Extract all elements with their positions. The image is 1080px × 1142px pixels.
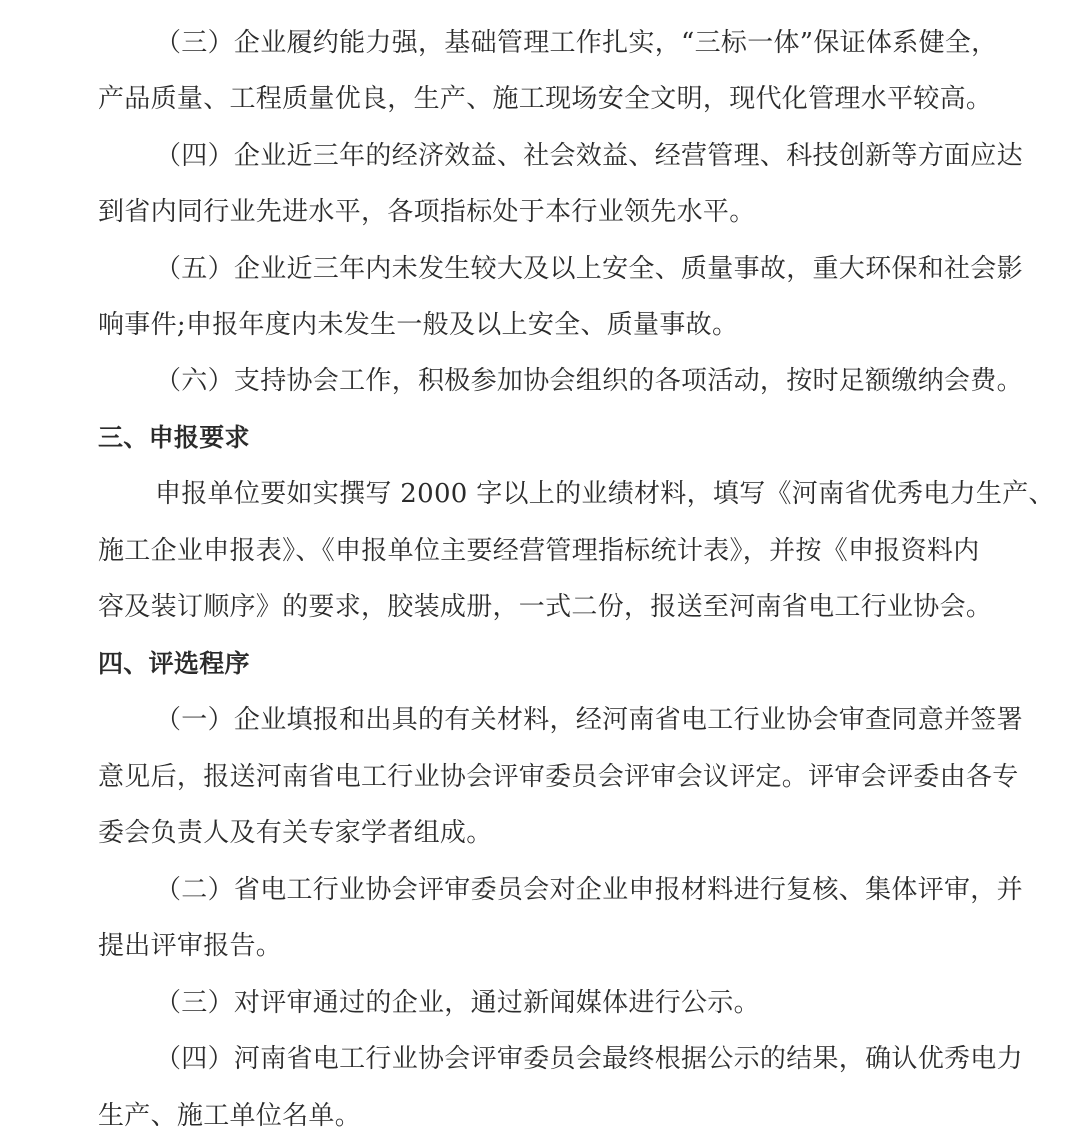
text-line: （三）对评审通过的企业，通过新闻媒体进行公示。 <box>155 983 1045 1023</box>
section-heading-selection-procedure: 四、评选程序 <box>98 644 988 684</box>
text-line: 提出评审报告。 <box>98 926 988 966</box>
text-line: 生产、施工单位名单。 <box>98 1096 988 1136</box>
text-line: （二）省电工行业协会评审委员会对企业申报材料进行复核、集体评审，并 <box>155 870 1045 910</box>
text-line: （四）河南省电工行业协会评审委员会最终根据公示的结果，确认优秀电力 <box>155 1039 1045 1079</box>
text-line: 意见后，报送河南省电工行业协会评审委员会评审会议评定。评审会评委由各专 <box>98 757 988 797</box>
text-line: 容及装订顺序》的要求，胶装成册，一式二份，报送至河南省电工行业协会。 <box>98 587 988 627</box>
text-line: （六）支持协会工作，积极参加协会组织的各项活动，按时足额缴纳会费。 <box>155 361 1045 401</box>
text-line: 施工企业申报表》、《申报单位主要经营管理指标统计表》，并按《申报资料内 <box>98 531 988 571</box>
text-line: （五）企业近三年内未发生较大及以上安全、质量事故，重大环保和社会影 <box>155 249 1045 289</box>
text-line: （三）企业履约能力强，基础管理工作扎实，“三标一体”保证体系健全， <box>155 23 1045 63</box>
document-page: （三）企业履约能力强，基础管理工作扎实，“三标一体”保证体系健全， 产品质量、工… <box>0 0 1080 1142</box>
text-line: 响事件;申报年度内未发生一般及以上安全、质量事故。 <box>98 305 988 345</box>
text-line: 到省内同行业先进水平，各项指标处于本行业领先水平。 <box>98 192 988 232</box>
text-line: 申报单位要如实撰写 2000 字以上的业绩材料，填写《河南省优秀电力生产、 <box>155 474 1045 514</box>
text-line: 产品质量、工程质量优良，生产、施工现场安全文明，现代化管理水平较高。 <box>98 79 988 119</box>
text-line: 委会负责人及有关专家学者组成。 <box>98 813 988 853</box>
text-line: （一）企业填报和出具的有关材料，经河南省电工行业协会审查同意并签署 <box>155 700 1045 740</box>
section-heading-application-requirements: 三、申报要求 <box>98 418 988 458</box>
text-line: （四）企业近三年的经济效益、社会效益、经营管理、科技创新等方面应达 <box>155 136 1045 176</box>
